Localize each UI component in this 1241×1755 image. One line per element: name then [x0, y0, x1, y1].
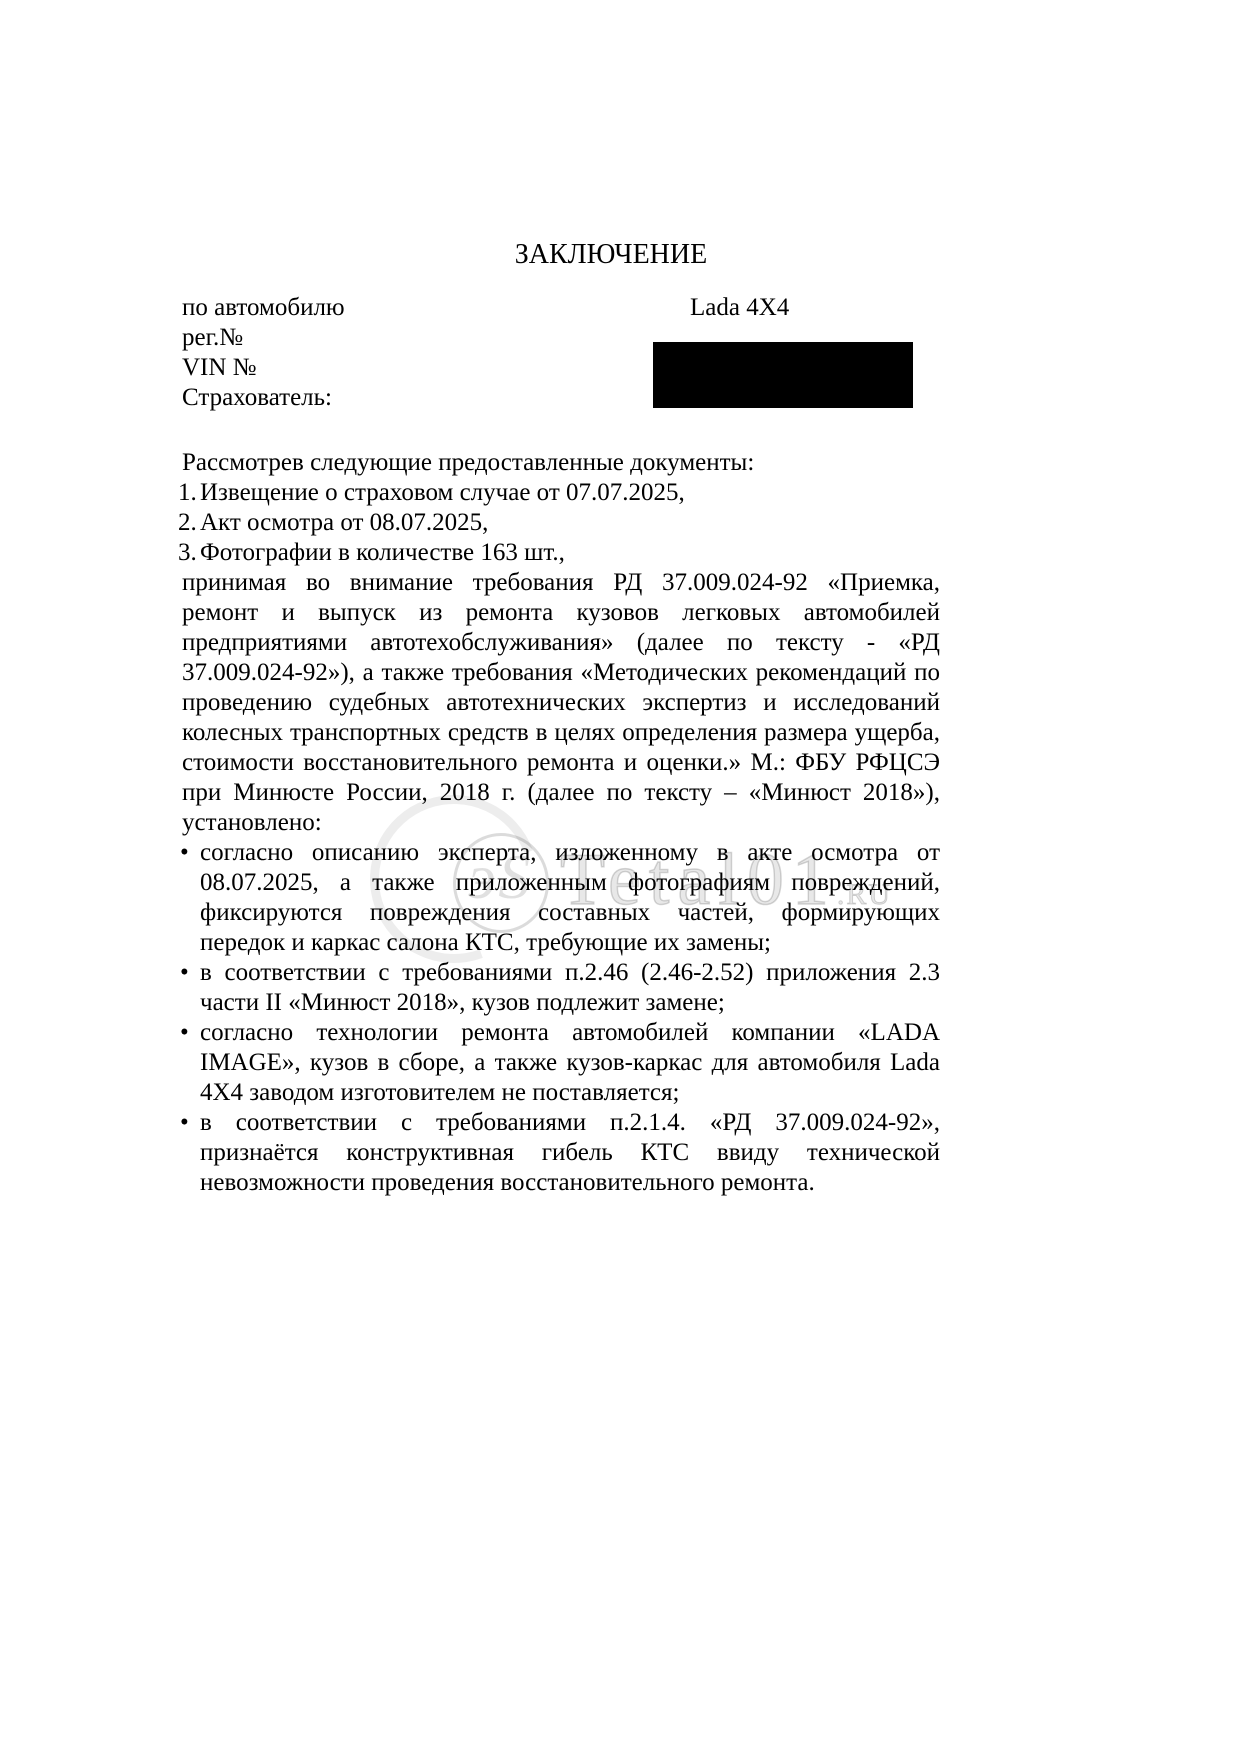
finding-text: согласно описанию эксперта, изложенному …: [200, 839, 940, 956]
bullet-icon: •: [180, 958, 189, 988]
item-text: Фотографии в количестве 163 шт.,: [200, 539, 565, 566]
bullet-icon: •: [180, 838, 189, 868]
finding-text: в соответствии с требованиями п.2.1.4. «…: [200, 1109, 940, 1196]
vehicle-label: по автомобилю: [182, 294, 345, 321]
finding-item-3: • согласно технологии ремонта автомобиле…: [182, 1018, 940, 1108]
document-list-item-2: 2. Акт осмотра от 08.07.2025,: [182, 508, 940, 538]
item-number: 1.: [178, 478, 197, 508]
intro-line: Рассмотрев следующие предоставленные док…: [182, 448, 940, 478]
vehicle-row: по автомобилю Lada 4X4: [182, 293, 940, 323]
document-list-item-3: 3. Фотографии в количестве 163 шт.,: [182, 538, 940, 568]
finding-item-2: • в соответствии с требованиями п.2.46 (…: [182, 958, 940, 1018]
finding-item-4: • в соответствии с требованиями п.2.1.4.…: [182, 1108, 940, 1198]
finding-text: в соответствии с требованиями п.2.46 (2.…: [200, 959, 940, 1016]
bullet-icon: •: [180, 1108, 189, 1138]
redaction-box: [653, 342, 913, 408]
main-paragraph: принимая во внимание требования РД 37.00…: [182, 568, 940, 838]
document-page: эS Tetal01.RU ЗАКЛЮЧЕНИЕ по автомобилю L…: [0, 0, 1241, 1755]
document-title: ЗАКЛЮЧЕНИЕ: [182, 240, 940, 270]
item-number: 2.: [178, 508, 197, 538]
vehicle-header-block: по автомобилю Lada 4X4 рег.№ VIN № Страх…: [182, 293, 940, 413]
finding-text: согласно технологии ремонта автомобилей …: [200, 1019, 940, 1106]
finding-item-1: • согласно описанию эксперта, изложенном…: [182, 838, 940, 958]
item-text: Извещение о страховом случае от 07.07.20…: [200, 479, 685, 506]
item-number: 3.: [178, 538, 197, 568]
document-content: ЗАКЛЮЧЕНИЕ по автомобилю Lada 4X4 рег.№ …: [182, 0, 940, 1198]
item-text: Акт осмотра от 08.07.2025,: [200, 509, 488, 536]
document-list-item-1: 1. Извещение о страховом случае от 07.07…: [182, 478, 940, 508]
vehicle-model: Lada 4X4: [690, 293, 789, 323]
bullet-icon: •: [180, 1018, 189, 1048]
